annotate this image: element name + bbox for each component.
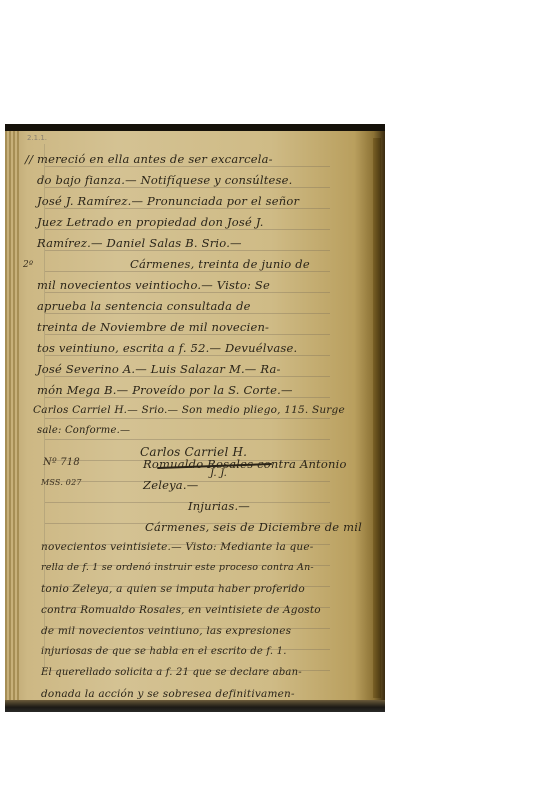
- text-line: tonio Zeleya, a quien se imputa haber pr…: [41, 583, 305, 595]
- text-line: donada la acción y se sobresea definitiv…: [41, 688, 295, 700]
- text-line: de mil novecientos veintiuno, las expres…: [41, 625, 291, 637]
- text-line: aprueba la sentencia consultada de: [37, 299, 251, 313]
- ruled-line: [45, 208, 330, 209]
- photo-top-shadow: [5, 124, 385, 131]
- text-line: novecientos veintisiete.— Visto: Mediant…: [41, 541, 314, 553]
- text-line: El querellado solicita a f. 21 que se de…: [41, 667, 302, 678]
- photo-bottom-shadow: [5, 700, 385, 712]
- file-reference: MSS. 027: [41, 478, 82, 487]
- ruled-line: [45, 313, 330, 314]
- ruled-line: [45, 229, 330, 230]
- ruled-line: [45, 292, 330, 293]
- ruled-line: [45, 376, 330, 377]
- entry-margin-number: 2º: [23, 260, 33, 270]
- ruled-line: [45, 418, 330, 419]
- ruled-line: [45, 439, 330, 440]
- case-subject: Injurias.—: [188, 499, 250, 513]
- text-line: José Severino A.— Luis Salazar M.— Ra-: [37, 362, 281, 376]
- text-line: sale: Conforme.—: [37, 425, 130, 436]
- entry-number: Nº 718: [43, 457, 80, 468]
- text-line: treinta de Noviembre de mil novecien-: [37, 320, 269, 334]
- ruled-line: [45, 334, 330, 335]
- ruled-line: [45, 250, 330, 251]
- text-line: contra Romualdo Rosales, en veintisiete …: [41, 604, 321, 616]
- text-line: injuriosas de que se habla en el escrito…: [41, 646, 287, 657]
- ruled-line: [45, 166, 330, 167]
- text-line: do bajo fianza.— Notifíquese y consúltes…: [37, 173, 292, 187]
- case-parties: Romualdo Rosales contra Antonio: [143, 457, 347, 471]
- text-line: Cármenes, seis de Diciembre de mil: [145, 520, 362, 534]
- ruled-line: [45, 187, 330, 188]
- text-line: món Mega B.— Proveído por la S. Corte.—: [37, 383, 293, 397]
- text-line: Carlos Carriel H.— Srio.— Son medio plie…: [33, 404, 345, 416]
- text-line: rella de f. 1 se ordenó instruir este pr…: [41, 562, 314, 573]
- text-line: Cármenes, treinta de junio de: [130, 257, 310, 271]
- ruled-line: [45, 397, 330, 398]
- ledger-page-photo: 2.1.1. // mereció en ella antes de ser e…: [5, 124, 385, 712]
- text-line: mil novecientos veintiocho.— Visto: Se: [37, 278, 270, 292]
- case-parties: Zeleya.—: [143, 478, 198, 492]
- text-line: José J. Ramírez.— Pronunciada por el señ…: [37, 194, 299, 208]
- text-line: // mereció en ella antes de ser excarcel…: [25, 152, 273, 166]
- text-line: Ramírez.— Daniel Salas B. Srio.—: [37, 236, 242, 250]
- text-line: Juez Letrado en propiedad don José J.: [37, 215, 264, 229]
- text-line: tos veintiuno, escrita a f. 52.— Devuélv…: [37, 341, 297, 355]
- page-edge-right: [373, 138, 381, 698]
- page-edge-left: [5, 131, 19, 700]
- ruled-line: [45, 271, 330, 272]
- pencil-folio-note: 2.1.1.: [27, 134, 47, 142]
- ruled-line: [45, 355, 330, 356]
